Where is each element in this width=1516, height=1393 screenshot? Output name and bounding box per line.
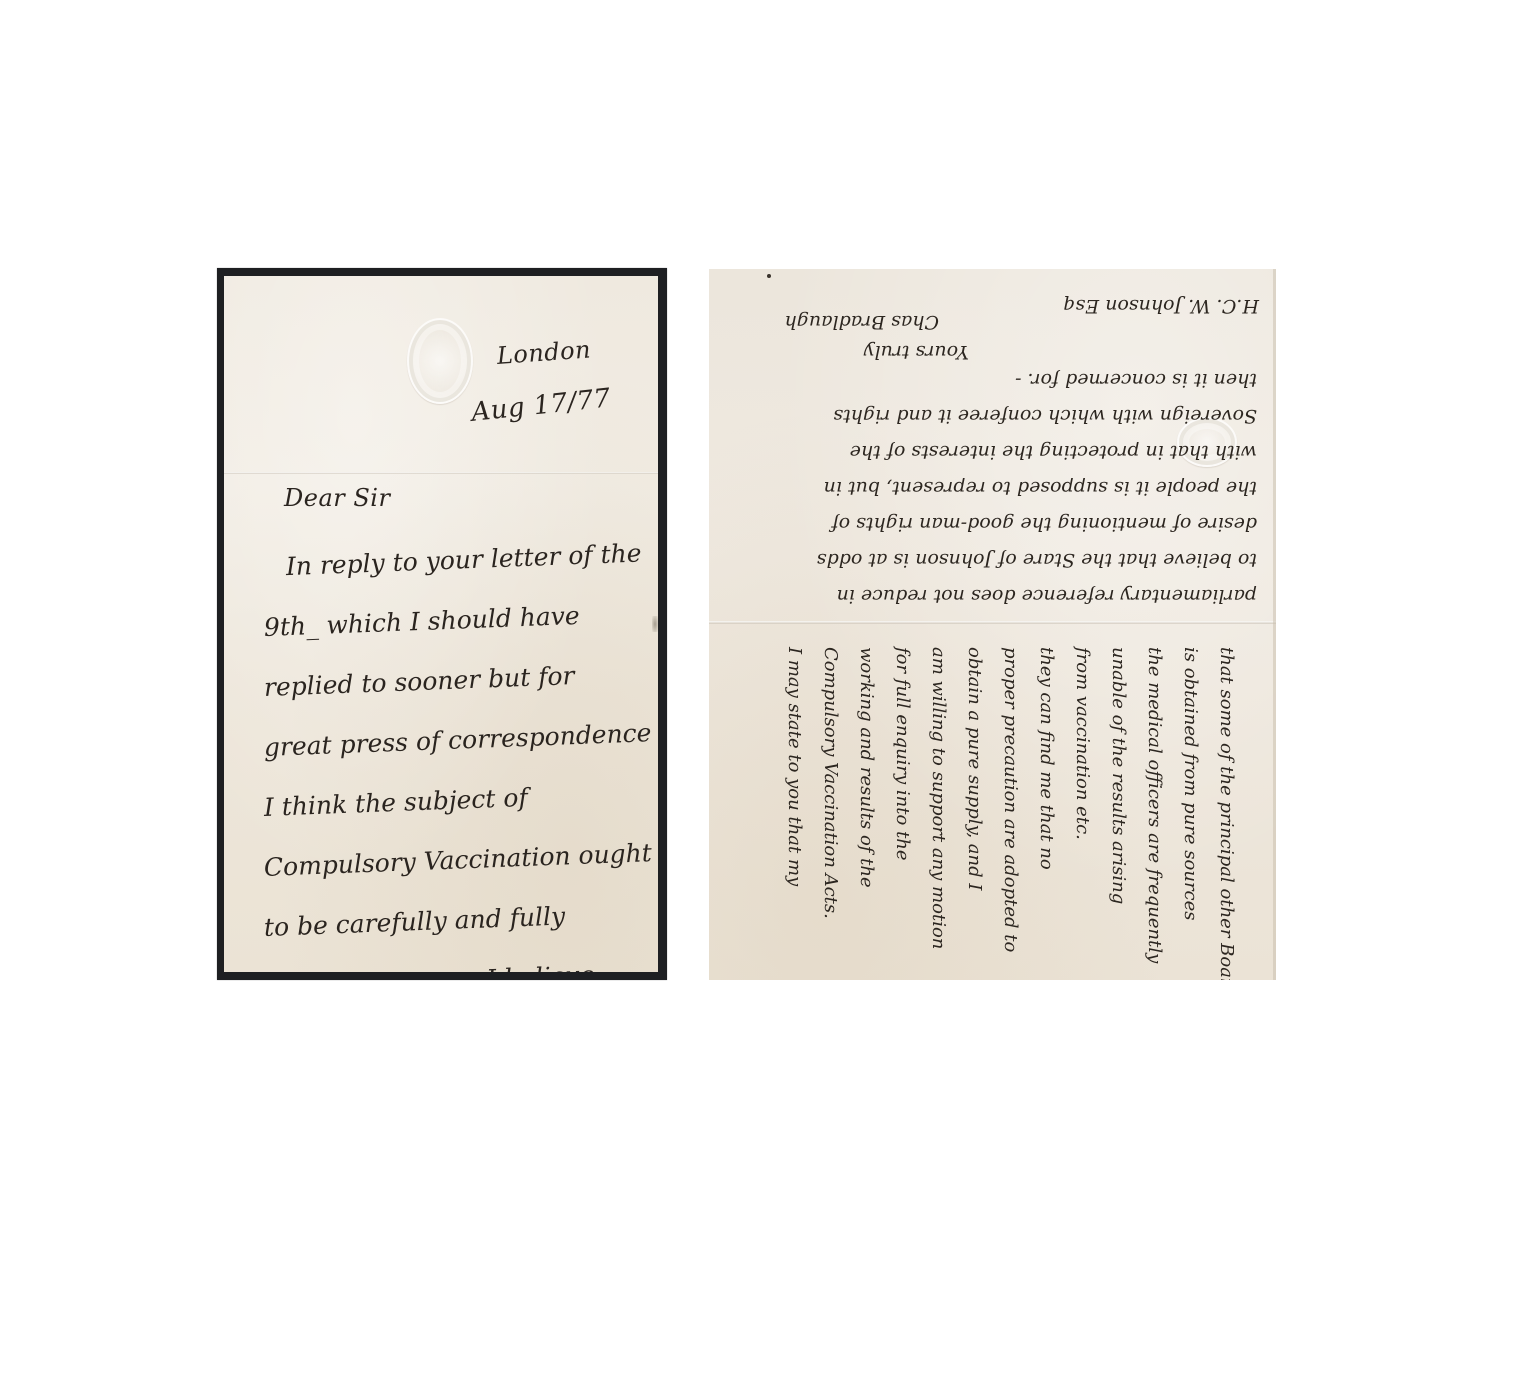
letter-salutation: Dear Sir [284,484,390,512]
sideways-text-inner: that some of the principal other Boards … [724,647,1244,967]
letter-place: London [496,335,592,369]
letter-line: with that in protecting the interests of… [850,441,1257,463]
letter-line: Compulsory Vaccination Acts. [812,647,848,967]
letter-closing: Yours truly [864,341,969,363]
letter-date: Aug 17/77 [470,383,612,427]
letter-page-left-frame: London Aug 17/77 Dear Sir In reply to yo… [217,268,667,980]
letter-line: working and results of the [848,647,884,967]
letter-line: then it is concerned for. - [1015,369,1257,391]
letter-body: In reply to your letter of the 9th_ whic… [264,538,658,972]
letter-line: proper precaution are adopted to [992,647,1028,967]
letter-line: desire of mentioning the good-man rights… [832,513,1257,535]
letter-signature: Chas Bradlaugh [785,311,939,333]
letter-page-right: parliamentary reference does not reduce … [709,269,1276,980]
sideways-text-block: that some of the principal other Boards … [709,629,1276,980]
letter-line: to believe that the Stare of Johnson is … [817,549,1257,571]
letter-line: they can find me that no [1028,647,1064,967]
upside-down-text-block: parliamentary reference does not reduce … [739,277,1269,617]
letter-line: obtain a pure supply, and I [956,647,992,967]
paper-edge [1273,269,1276,980]
embossed-seal-icon [407,318,473,404]
letter-line: Sovereign with which conferee it and rig… [833,405,1257,427]
letter-line: parliamentary reference does not reduce … [837,585,1257,607]
letter-line: unable of the results arising [1100,647,1136,967]
letter-line: is obtained from pure sources [1172,647,1208,967]
letter-line: for full enquiry into the [884,647,920,967]
letter-line: from vaccination etc. [1064,647,1100,967]
fold-crease [224,472,658,474]
paper-tear-mark [652,616,658,632]
fold-crease [709,621,1276,624]
letter-line: the people it is supposed to represent, … [824,477,1257,499]
letter-addressee: H.C. W. Johnson Esq [1063,295,1259,317]
letter-line: I may state to you that my [776,647,812,967]
letter-line: the medical officers are frequently [1136,647,1172,967]
letter-page-left: London Aug 17/77 Dear Sir In reply to yo… [224,276,658,972]
letter-line: am willing to support any motion [920,647,956,967]
letter-line: that some of the principal other Boards [1208,647,1244,967]
